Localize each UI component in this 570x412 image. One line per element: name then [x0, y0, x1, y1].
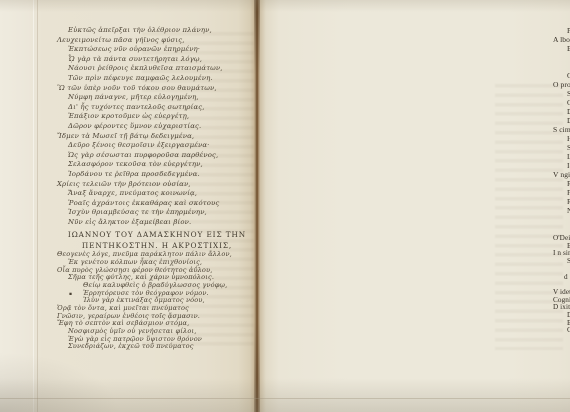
verse-text: Εὐκτῶς ἀπεῖρξαι τὴν ὀλέθριον πλάνην, [68, 26, 212, 34]
greek-verses-bottom: Θεογενὲς λόγε, πνεῦμα παράκλητον πάλιν ἄ… [57, 251, 257, 351]
latin-verse-line: Hic maris legibus perfecta [553, 134, 570, 143]
page-fore-edge-line [33, 0, 34, 412]
greek-verse-line: Χρίεις τελειῶν τὴν βρότειον οὐσίαν, [57, 180, 257, 190]
greek-verse-line: Ἄναξ ἄναρχε, πνεύματος κοινωνίᾳ, [57, 189, 257, 199]
verse-text: Δι' ἧς τυχόντες παντελοῦς σωτηρίας, [68, 103, 205, 111]
right-page-latin: Precabiliter omne pernitiosum erratum,A … [257, 0, 570, 412]
latin-verse-line: Ex casu nunc coelorum eleuata [553, 44, 570, 53]
greek-verse-line: Ὡς γὰρ σέσωσται πυρφοροῦσα παρθένος, [57, 151, 257, 161]
verse-text: Συνεδριάζων, ἐκχεῶ τοῦ πνεύματος [68, 342, 194, 350]
verse-text: Λευχειμονείτω πᾶσα γήϊνος φύσις, [57, 36, 185, 44]
greek-verse-line: Νῦν εἰς ἄληκτον ἐξαμείβεαι βίον. [57, 218, 257, 228]
open-book-photo: Εὐκτῶς ἀπεῖρξαι τὴν ὀλέθριον πλάνην,Λευχ… [0, 0, 570, 412]
greek-verse-line: Σελασφόρον τεκοῦσα τὸν εὐεργέτην, [57, 160, 257, 170]
latin-verses-bottom: O'Deigenum uerbum spiritum aduocatum rur… [553, 235, 570, 335]
greek-verse-line: Εὐκτῶς ἀπεῖρξαι τὴν ὀλέθριον πλάνην, [57, 26, 257, 36]
latin-verse-line: V ngis perficiens mortalem substantiam [553, 170, 570, 179]
verse-text: V ngis perficiens mortalem substantiam [553, 170, 570, 179]
greek-verse-line: Ἴδμεν τὰ Μωσεῖ τῇ βάτῳ δεδειγμένα, [57, 132, 257, 142]
verse-text: Ὢ τῶν ὑπὲρ νοῦν τοῦ τόκου σου θαυμάτων, [57, 84, 217, 92]
latin-verse-line: Nunc ad indesinentem retribuis uitam [553, 206, 570, 215]
latin-verse-line: Dignum plaudimus ut benefactorem [553, 107, 570, 116]
greek-verse-line: Τῶν πρὶν πέφευγε παμφαῶς λελουμένη. [57, 74, 257, 84]
verse-text: Ἰορδάνου τε ῥεῖθρα προσδεδεγμένα. [68, 170, 200, 178]
verse-text: Δῶρον φέροντες ὕμνον εὐχαριστίας. [68, 122, 201, 130]
latin-verse-line: Robur uilipendensq́ elatum [553, 197, 570, 206]
greek-verse-line: Δι' ἧς τυχόντες παντελοῦς σωτηρίας, [57, 103, 257, 113]
latin-heading-line-1: IOANNIS DAMASCENI IN [553, 216, 570, 226]
latin-verse-line: O propter supra mentem partus tui miracu… [553, 80, 570, 89]
latin-verse-line: Ob quam assecuti perfectam salutem [553, 98, 570, 107]
greek-verse-line: Λευχειμονείτω πᾶσα γήϊνος φύσις, [57, 36, 257, 46]
greek-verse-line: Ἰορδάνου τε ῥεῖθρα προσδεδεγμένα. [57, 170, 257, 180]
verse-text: Νῦν εἰς ἄληκτον ἐξαμείβεαι βίον. [68, 218, 191, 226]
verse-text: Ἐπάξιον κροτοῦμεν ὡς εὐεργέτῃ, [68, 112, 189, 120]
latin-verse-line: Precabiliter omne pernitiosum erratum, [553, 26, 570, 35]
latin-verse-line: S cimus quæ Mosi in rubo ostensa sunt, [553, 125, 570, 134]
greek-verse-line: Νύμφη πάναγνε, μῆτερ εὐλογημένη, [57, 93, 257, 103]
verse-text: S cimus quæ Mosi in rubo ostensa sunt, [553, 125, 570, 134]
greek-section-heading: ΙΩΑΝΝΟΥ ΤΟΥ ΔΑΜΑΣΚΗΝΟΥ ΕΙΣ ΤΗΝ ΠΕΝΤΗΚΟΣΤ… [57, 229, 257, 251]
page-fore-edge-line [37, 0, 38, 412]
latin-verse-line: Lumiferum enixa benefactorem, [553, 152, 570, 161]
latin-verse-line: Quæ ante fugit persplendide lota. [553, 71, 570, 80]
quire-signature: a iiij [553, 335, 570, 345]
greek-verse-line: Ἐκπτώσεως νῦν οὐρανῶν ἐπηρμένη· [57, 45, 257, 55]
verse-text: Ἐκπτώσεως νῦν οὐρανῶν ἐπηρμένη· [68, 45, 200, 53]
verse-text: ᾯ γὰρ τὰ πάντα συντετήρηται λόγῳ, [68, 55, 202, 63]
left-page-greek: Εὐκτῶς ἀπεῖρξαι τὴν ὀλέθριον πλάνην,Λευχ… [0, 0, 257, 412]
latin-verse-line: Fluxibusq́ immaculatis purgans, & tenebr… [553, 188, 570, 197]
greek-verse-line: Δεῦρο ξένοις θεσμοῖσιν ἐξειργασμένα· [57, 141, 257, 151]
latin-verse-line: Sponsa perpura, mater benedicta [553, 89, 570, 98]
verse-text: Χρίεις τελειῶν τὴν βρότειον οὐσίαν, [57, 180, 191, 188]
latin-verse-line: Iordanisq́ fluenta accepisse. [553, 161, 570, 170]
latin-section-heading: IOANNIS DAMASCENI IN PENTECOSTEN. Princi… [553, 216, 570, 236]
greek-verse-line: Συνεδριάζων, ἐκχεῶ τοῦ πνεύματος [57, 343, 257, 351]
greek-heading-line-1: ΙΩΑΝΝΟΥ ΤΟΥ ΔΑΜΑΣΚΗΝΟΥ ΕΙΣ ΤΗΝ [57, 229, 257, 240]
verse-text: A lbo induatur omnis terrestris natura [553, 35, 570, 44]
verse-text: Δεῦρο ξένοις θεσμοῖσιν ἐξειργασμένα· [68, 141, 210, 149]
verse-text: Νύμφη πάναγνε, μῆτερ εὐλογημένη, [68, 93, 199, 101]
latin-verses-top: Precabiliter omne pernitiosum erratum,A … [553, 26, 570, 215]
latin-verse-line: A quo enim omnia seruata sunt uerbo [553, 53, 570, 62]
latin-verse-line: Sic enim saluata est ignifera uirgo [553, 143, 570, 152]
latin-verse-line: A lbo induatur omnis terrestris natura [553, 35, 570, 44]
verse-text: O propter supra mentem partus tui miracu… [553, 80, 570, 89]
verse-text: Ἄναξ ἄναρχε, πνεύματος κοινωνίᾳ, [68, 189, 197, 197]
latin-text-block: Precabiliter omne pernitiosum erratum,A … [553, 26, 570, 345]
greek-verse-line: Νάουσι ῥείθροις ἐκπλυθεῖσα πταισμάτων, [57, 64, 257, 74]
latin-verse-line: Confidens effundam spiritus [553, 327, 570, 335]
verse-text: Ῥοαῖς ἀχράντοις ἐκκαθάρας καὶ σκότους [68, 199, 219, 207]
latin-verse-line: Fluentibus fluentis abluta peccatis [553, 62, 570, 71]
latin-verse-line: Donum ferentes hymnum gratiarum actionis… [553, 116, 570, 125]
verse-text: Νάουσι ῥείθροις ἐκπλυθεῖσα πταισμάτων, [68, 64, 223, 72]
latin-verse-line: Signum tuæ generationis, & gratiam canto… [553, 258, 570, 266]
greek-verse-line: Ῥοαῖς ἀχράντοις ἐκκαθάρας καὶ σκότους [57, 199, 257, 209]
greek-text-block: Εὐκτῶς ἀπεῖρξαι τὴν ὀλέθριον πλάνην,Λευχ… [57, 26, 257, 351]
latin-verse-line: Rex sine principio spiritus communione [553, 179, 570, 188]
verse-text: Ἰσχὺν θριαμβεύσας τε τὴν ἐπηρμένην, [68, 208, 207, 216]
verse-text: Ἴδμεν τὰ Μωσεῖ τῇ βάτῳ δεδειγμένα, [57, 132, 194, 140]
greek-verse-line: Ἰσχὺν θριαμβεύσας τε τὴν ἐπηρμένην, [57, 208, 257, 218]
guide-letter-d: d [564, 274, 568, 282]
greek-verses-top: Εὐκτῶς ἀπεῖρξαι τὴν ὀλέθριον πλάνην,Λευχ… [57, 26, 257, 227]
greek-verse-line: Δῶρον φέροντες ὕμνον εὐχαριστίας. [57, 122, 257, 132]
greek-verse-line: Ἐπάξιον κροτοῦμεν ὡς εὐεργέτῃ, [57, 112, 257, 122]
verse-text: Ὡς γὰρ σέσωσται πυρφοροῦσα παρθένος, [68, 151, 218, 159]
latin-verse-line: dElocutus est a deo scriptam legem [553, 274, 570, 282]
greek-verse-line: Ὢ τῶν ὑπὲρ νοῦν τοῦ τόκου σου θαυμάτων, [57, 84, 257, 94]
book-gutter [254, 0, 260, 412]
verse-text: Τῶν πρὶν πέφευγε παμφαῶς λελουμένη. [68, 74, 213, 82]
greek-verse-line: ᾯ γὰρ τὰ πάντα συντετήρηται λόγῳ, [57, 55, 257, 65]
verse-text: Σελασφόρον τεκοῦσα τὸν εὐεργέτην, [68, 160, 203, 168]
